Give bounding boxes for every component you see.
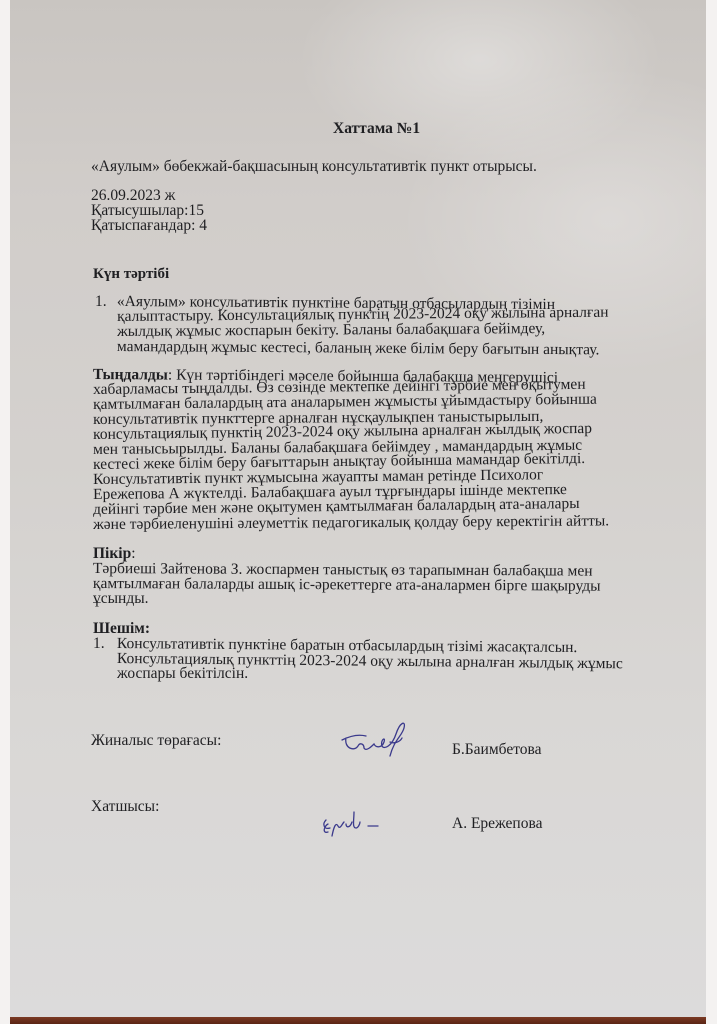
agenda-item-number: 1. — [95, 294, 107, 309]
meeting-date: 26.09.2023 ж — [91, 188, 175, 203]
document: Хаттама №1 «Аяулым» бөбекжай-бақшасының … — [0, 0, 717, 1024]
decision-line: жоспары бекітілсін. — [117, 666, 248, 681]
absent-count: Қатыспағандар: 4 — [91, 218, 207, 233]
chairperson-name: Б.Баимбетова — [452, 742, 542, 757]
secretary-name: А. Ережепова — [452, 816, 542, 831]
document-subtitle: «Аяулым» бөбекжай-бақшасының консультати… — [91, 159, 537, 174]
opinion-line: ұсынды. — [93, 591, 149, 606]
decision-heading: Шешім: — [93, 621, 150, 636]
secretary-signature — [318, 808, 388, 840]
opinion-heading: Пікір: — [93, 546, 136, 561]
decision-item-number: 1. — [93, 636, 105, 651]
document-title: Хаттама №1 — [333, 121, 420, 136]
chairperson-signature — [336, 718, 416, 760]
agenda-line: мамандардың жұмыс кестесі, баланың жеке … — [117, 339, 600, 357]
agenda-line: жылдық жұмыс жоспарын бекіту. Баланы бал… — [117, 321, 545, 339]
secretary-label: Хатшысы: — [91, 799, 159, 814]
opinion-line: қамтылмаған балаларды ашық іс-әрекеттерг… — [93, 576, 601, 594]
agenda-heading: Күн тәртібі — [93, 267, 169, 282]
listened-line: және тәрбиеленушіні әлеуметтік педагогик… — [93, 513, 609, 532]
participants-count: Қатысушылар:15 — [91, 203, 204, 218]
chairperson-label: Жиналыс төрағасы: — [91, 733, 221, 748]
